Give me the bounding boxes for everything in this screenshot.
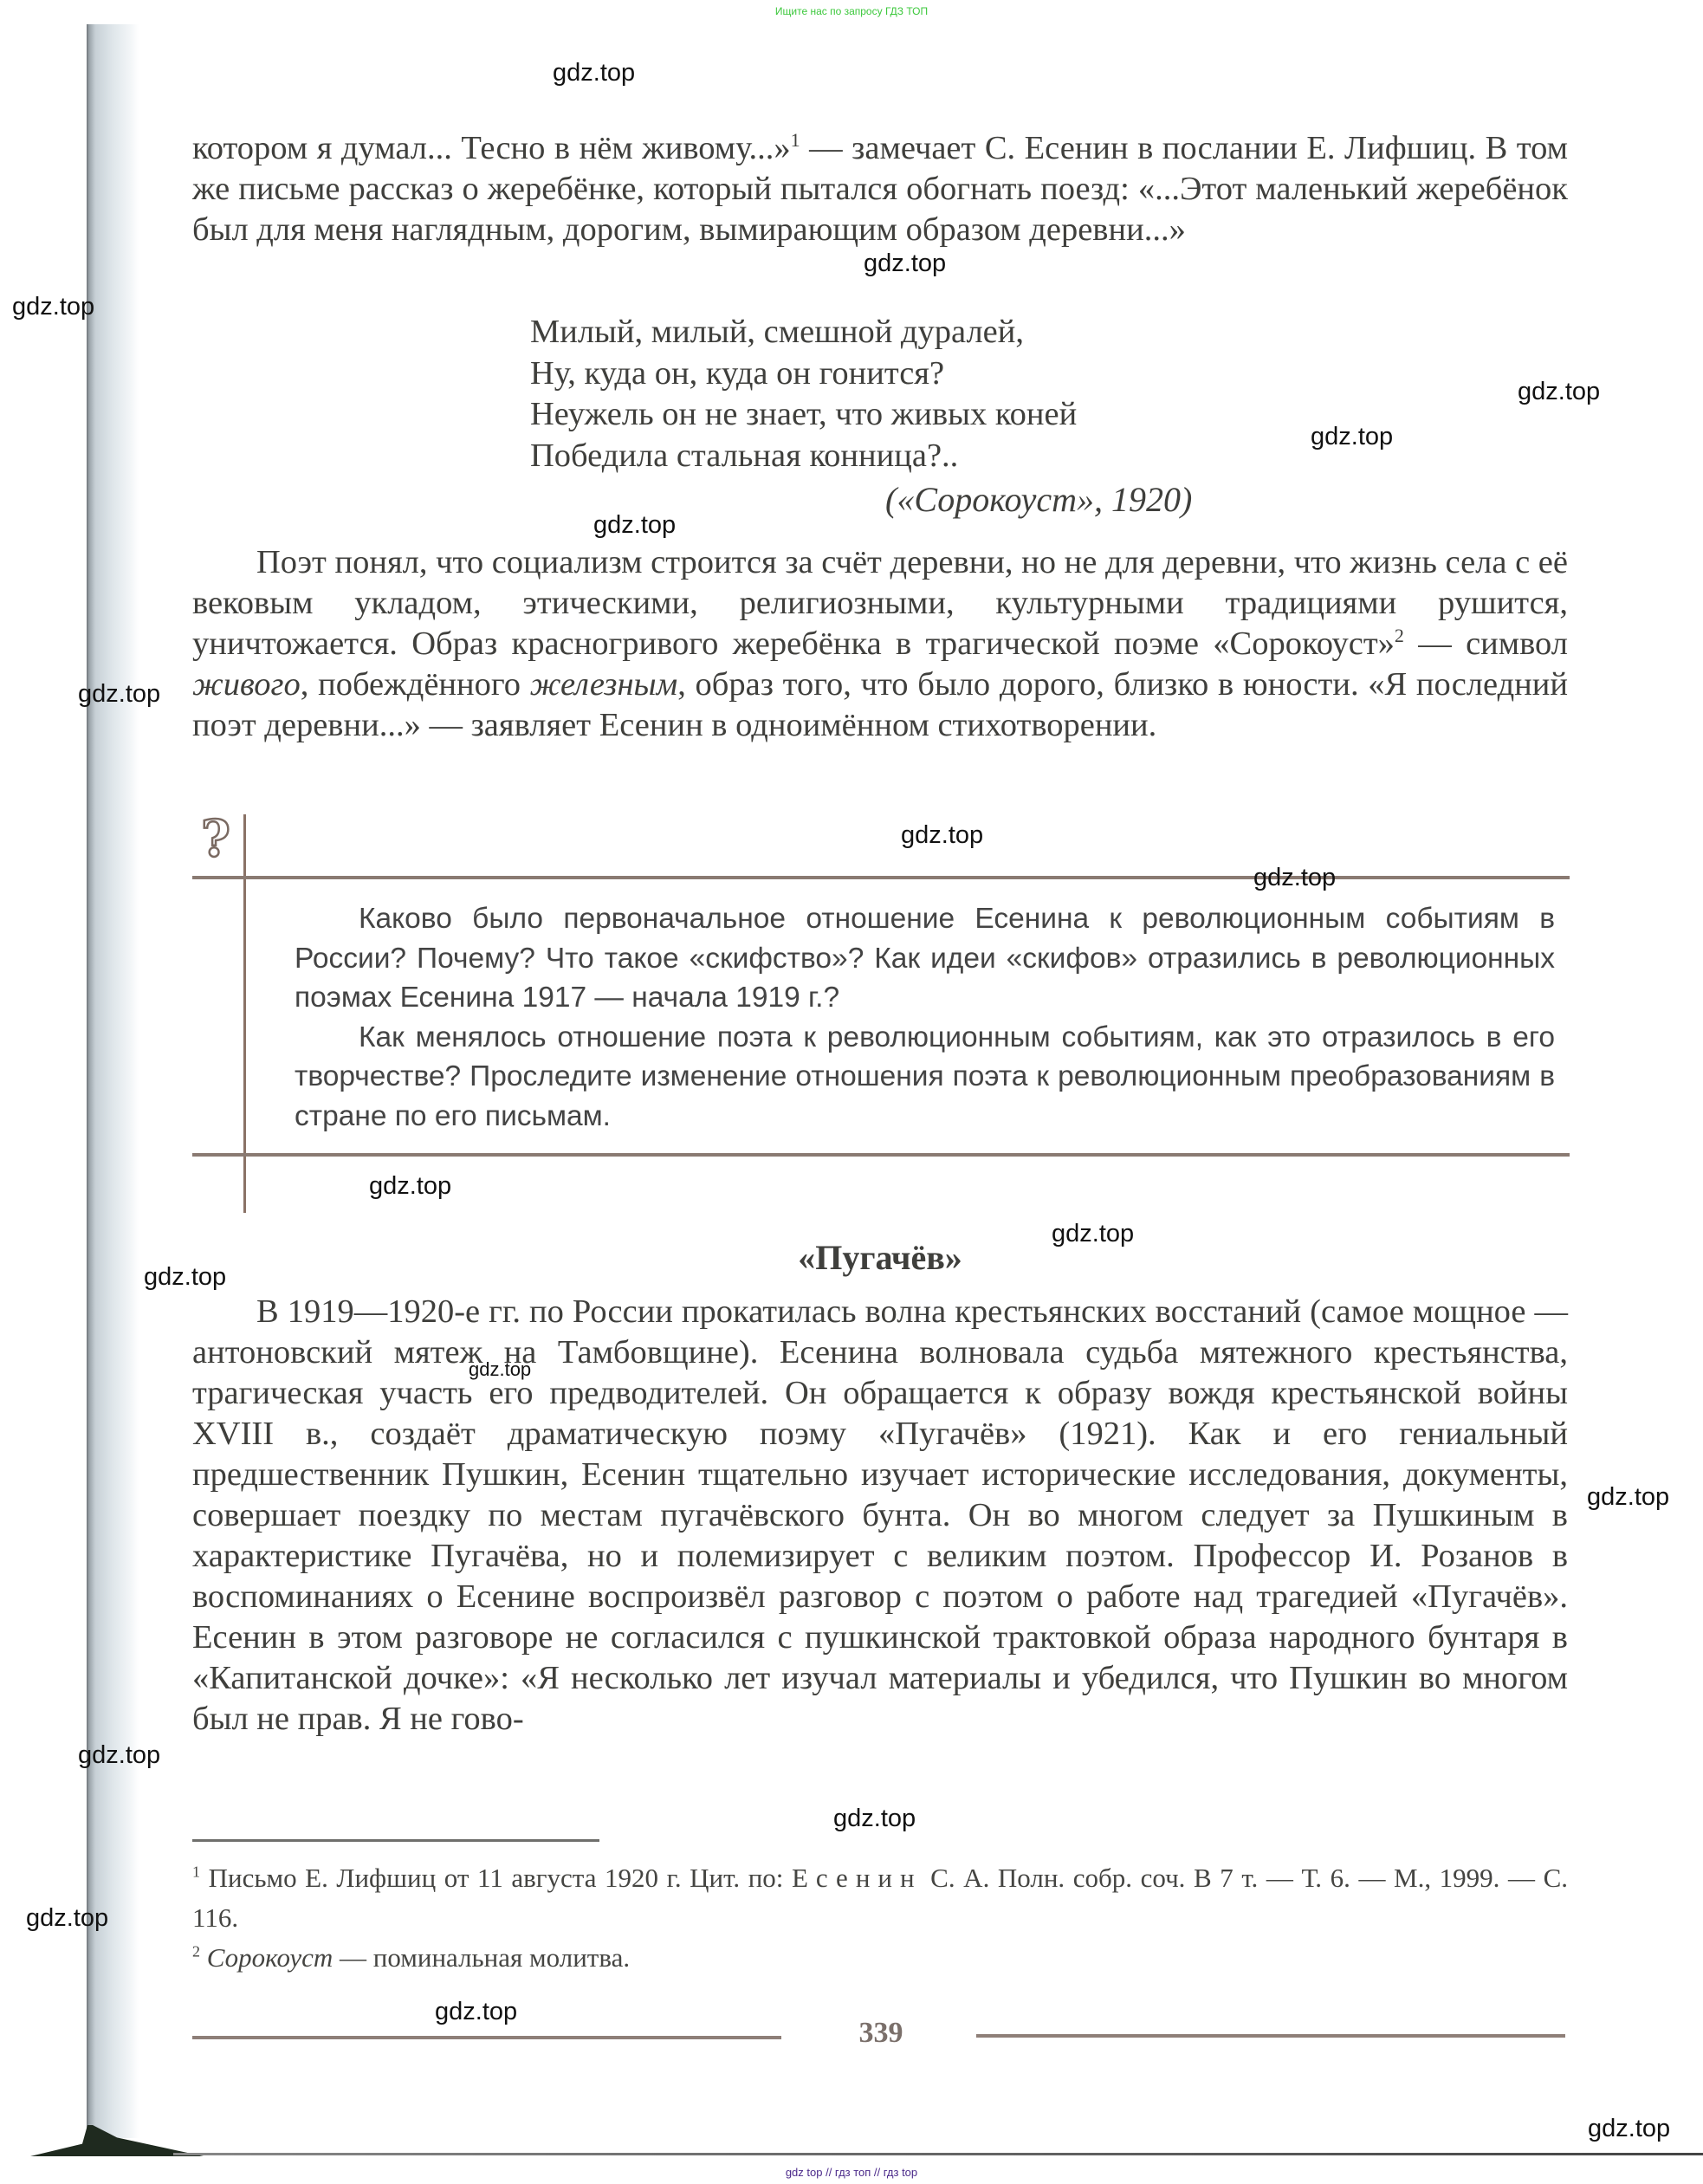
section-heading: «Пугачёв»	[192, 1237, 1568, 1278]
poem-excerpt: Милый, милый, смешной дуралей, Ну, куда …	[530, 312, 1077, 476]
page-number: 339	[829, 2017, 933, 2050]
paragraph-pugachev: В 1919—1920-е гг. по России прокатилась …	[192, 1292, 1568, 1740]
watermark: gdz.top	[593, 511, 676, 540]
watermark: gdz.top	[833, 1805, 916, 1833]
page-footer-rule-left	[192, 2036, 781, 2039]
paragraph-text: котором я думал... Тесно в нём живому...…	[192, 130, 791, 166]
watermark: gdz.top	[864, 250, 946, 278]
questions-divider-top	[192, 876, 1570, 879]
footnotes: 1 Письмо Е. Лифшиц от 11 августа 1920 г.…	[192, 1858, 1568, 1978]
page-bottom-edge	[173, 2153, 1703, 2155]
footnote-separator	[192, 1839, 599, 1842]
watermark: gdz.top	[369, 1172, 451, 1201]
footnote-text: — поминальная молитва.	[333, 1942, 630, 1973]
watermark: gdz.top	[12, 293, 94, 321]
bottom-promo-banner: gdz top // гдз топ // гдз top	[0, 2166, 1703, 2179]
footnote-mark: 2	[192, 1943, 200, 1960]
watermark: gdz.top	[78, 680, 160, 709]
questions-text: Каково было первоначальное отношение Есе…	[295, 899, 1555, 1136]
watermark: gdz.top	[1587, 1483, 1669, 1512]
poem-line: Милый, милый, смешной дуралей,	[530, 312, 1077, 353]
footnote-1: 1 Письмо Е. Лифшиц от 11 августа 1920 г.…	[192, 1858, 1568, 1938]
page-footer-rule-right	[976, 2034, 1565, 2038]
watermark: gdz.top	[1253, 864, 1336, 892]
poem-source: («Сорокоуст», 1920)	[885, 479, 1192, 520]
paragraph-text: Поэт понял, что социализм строится за сч…	[192, 544, 1568, 662]
watermark: gdz.top	[1518, 378, 1600, 406]
question-item: Как менялось отношение поэта к революцио…	[295, 1018, 1555, 1137]
paragraph-letter-quote: котором я думал... Тесно в нём живому...…	[192, 128, 1568, 250]
watermark: gdz.top	[901, 821, 983, 850]
footnote-term: Сорокоуст	[207, 1942, 333, 1973]
watermark: gdz.top	[1588, 2115, 1670, 2143]
paragraph-text: — символ	[1404, 625, 1568, 662]
footnote-2: 2 Сорокоуст — поминальная молитва.	[192, 1938, 1568, 1978]
watermark: gdz.top	[1311, 423, 1393, 451]
question-item: Каково было первоначальное отношение Есе…	[295, 899, 1555, 1018]
watermark: gdz.top	[144, 1263, 226, 1292]
footnote-author: Есенин	[792, 1863, 923, 1893]
watermark: gdz.top	[435, 1998, 517, 2026]
poem-line: Неужель он не знает, что живых коней	[530, 394, 1077, 436]
paragraph-socialism: Поэт понял, что социализм строится за сч…	[192, 542, 1568, 746]
top-promo-banner: Ищите нас по запросу ГДЗ ТОП	[0, 5, 1703, 17]
book-spine-shadow	[87, 24, 139, 2138]
watermark: gdz.top	[469, 1358, 531, 1381]
questions-block: ? Каково было первоначальное отношение Е…	[192, 814, 1570, 1213]
watermark: gdz.top	[553, 59, 635, 87]
question-mark-icon: ?	[201, 809, 230, 868]
footnote-text: Письмо Е. Лифшиц от 11 августа 1920 г. Ц…	[209, 1863, 792, 1893]
emphasis-iron: железным	[530, 666, 678, 703]
poem-line: Ну, куда он, куда он гонится?	[530, 353, 1077, 395]
paragraph-text: , побеждённого	[301, 666, 530, 703]
watermark: gdz.top	[26, 1904, 108, 1933]
poem-line: Победила стальная конница?..	[530, 436, 1077, 477]
watermark: gdz.top	[1052, 1220, 1134, 1248]
footnote-mark: 1	[192, 1863, 200, 1881]
footnote-ref-2[interactable]: 2	[1395, 625, 1404, 646]
footnote-ref-1[interactable]: 1	[791, 129, 800, 151]
watermark: gdz.top	[78, 1741, 160, 1770]
questions-divider-bottom	[192, 1153, 1570, 1157]
emphasis-living: живого	[192, 666, 301, 703]
